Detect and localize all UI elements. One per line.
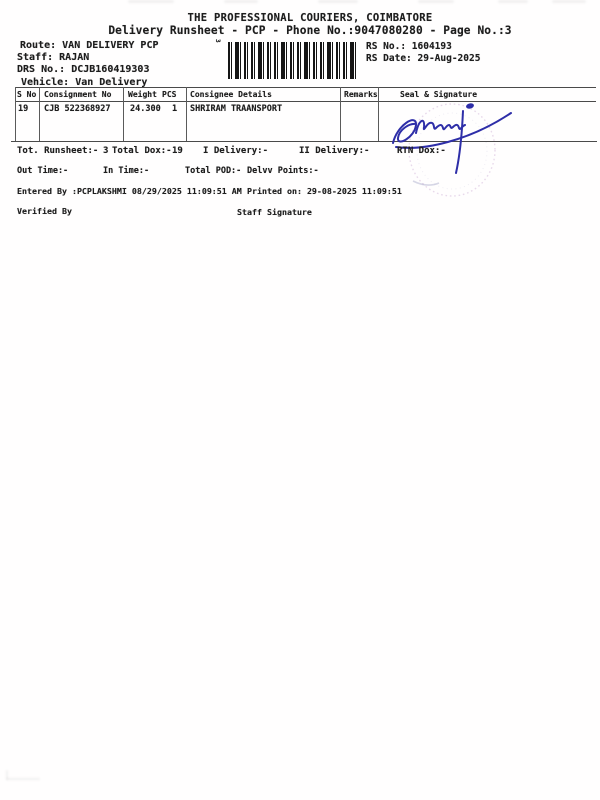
verified-by: Verified By <box>17 206 72 216</box>
route-line: Route: VAN DELIVERY PCP <box>20 40 158 51</box>
company-title: THE PROFESSIONAL COURIERS, COIMBATORE <box>0 12 600 24</box>
cell-pcs: 1 <box>172 104 177 114</box>
rs-date-label: RS Date: <box>366 53 412 64</box>
out-time-label: Out Time:- <box>17 166 68 176</box>
scan-artifact <box>552 0 586 3</box>
signature-dot <box>465 103 474 110</box>
scan-artifact <box>418 0 454 3</box>
scan-artifact <box>224 0 258 3</box>
barcode <box>228 42 359 79</box>
total-dox-label: Total Dox:- <box>112 146 172 156</box>
barcode-side-digit: 3 <box>214 39 221 43</box>
cell-sno: 19 <box>18 104 28 114</box>
rtn-dox-label: RTN Dox:- <box>397 146 446 156</box>
col-header-remarks: Remarks <box>344 90 378 99</box>
rs-no-value: 1604193 <box>412 41 452 52</box>
stamp-text-smudge <box>413 181 439 185</box>
table-border-col <box>378 87 379 141</box>
rs-date-line: RS Date: 29-Aug-2025 <box>366 53 480 64</box>
table-border-col <box>39 87 40 141</box>
staff-value: RAJAN <box>59 52 89 63</box>
route-label: Route: <box>20 40 56 51</box>
table-border-top <box>15 87 596 88</box>
printed-on: Printed on: 29-08-2025 11:09:51 <box>247 186 402 196</box>
drs-line: DRS No.: DCJB160419303 <box>17 64 149 75</box>
i-delivery-label: I Delivery:- <box>203 146 268 156</box>
tot-runsheet-label: Tot. Runsheet:- <box>17 146 98 156</box>
delvv-points-label: Delvv Points:- <box>247 166 319 176</box>
drs-label: DRS No.: <box>17 64 65 75</box>
col-header-sno: S No <box>17 90 36 99</box>
col-header-pcs: PCS <box>162 90 176 99</box>
in-time-label: In Time:- <box>103 166 149 176</box>
drs-value: DCJB160419303 <box>71 64 149 75</box>
col-header-weight: Weight <box>128 90 157 99</box>
scan-artifact <box>318 0 358 3</box>
rs-no-line: RS No.: 1604193 <box>366 41 452 52</box>
staff-line: Staff: RAJAN <box>17 52 89 63</box>
scan-artifact <box>498 0 528 3</box>
scan-artifact <box>6 770 8 780</box>
col-header-consignment: Consignment No <box>44 90 111 99</box>
cell-consignment: CJB 522368927 <box>44 104 111 114</box>
total-pod-label: Total POD:- <box>185 166 241 176</box>
route-value: VAN DELIVERY PCP <box>62 40 158 51</box>
scan-artifact <box>128 0 174 3</box>
table-border-col <box>15 87 16 141</box>
cell-consignee: SHRIRAM TRAANSPORT <box>190 104 282 114</box>
col-header-consignee: Consignee Details <box>190 90 272 99</box>
staff-signature-label: Staff Signature <box>237 207 312 217</box>
cell-weight: 24.300 <box>130 104 161 114</box>
runsheet-document: THE PROFESSIONAL COURIERS, COIMBATORE De… <box>0 0 600 800</box>
ii-delivery-label: II Delivery:- <box>299 146 369 156</box>
total-dox-value: 19 <box>172 146 183 156</box>
entered-by: Entered By :PCPLAKSHMI 08/29/2025 11:09:… <box>17 186 242 196</box>
rs-no-label: RS No.: <box>366 41 406 52</box>
scan-artifact <box>6 778 40 780</box>
document-title: Delivery Runsheet - PCP - Phone No.:9047… <box>0 24 600 37</box>
table-border-col <box>123 87 124 141</box>
table-border-col <box>340 87 341 141</box>
rs-date-value: 29-Aug-2025 <box>418 53 481 64</box>
tot-runsheet-value: 3 <box>103 146 108 156</box>
table-border-col <box>186 87 187 141</box>
staff-label: Staff: <box>17 52 53 63</box>
